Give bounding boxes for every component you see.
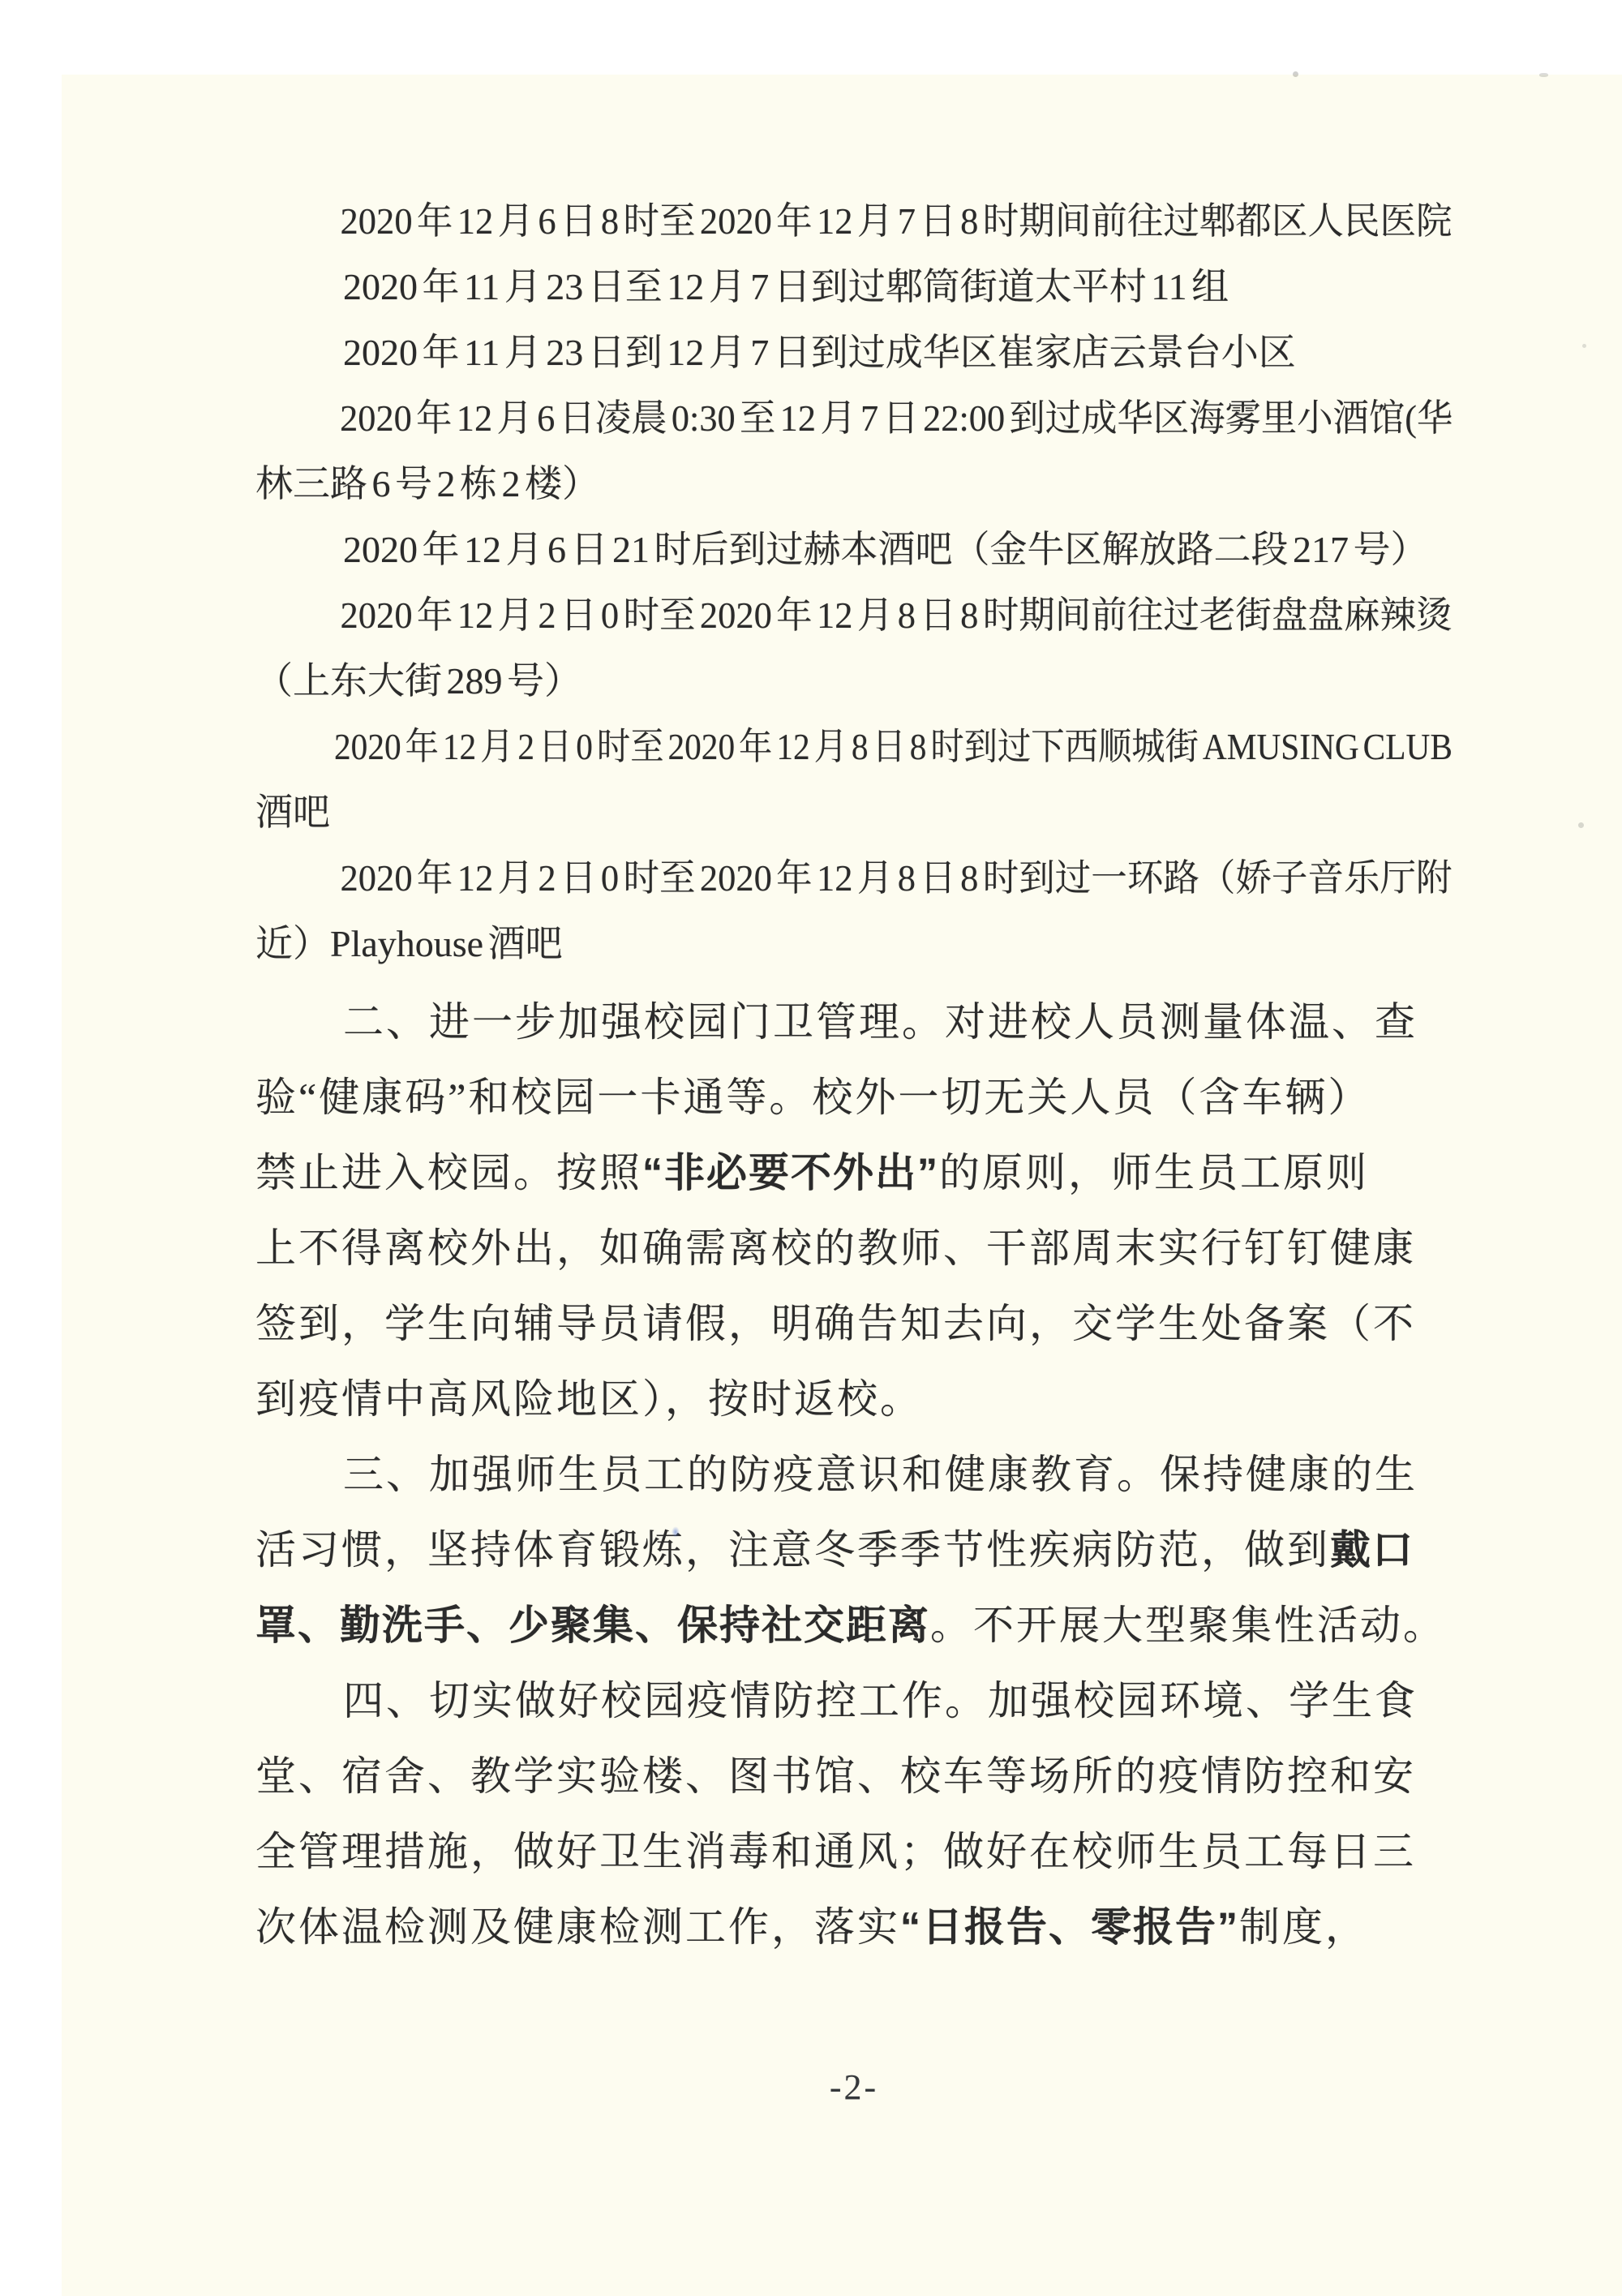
text-segment: 禁止进入校园。按照 [255,1150,642,1195]
doc-line-11: 2020 年 12 月 2 日 0 时至 2020 年 12 月 8 日 8 时… [255,845,1414,911]
doc-line-25: 次体温检测及健康检测工作，落实“日报告、零报告”制度， [255,1890,1453,1965]
doc-line-3: 2020 年 11 月 23 日到 12 月 7 日到过成华区崔家店云景台小区 [255,320,1453,385]
doc-line-4: 2020 年 12 月 6 日凌晨 0:30 至 12 月 7 日 22:00 … [255,385,1410,451]
text-segment: 的原则，师生员工原则 [939,1150,1369,1195]
doc-line-16: 上不得离校外出，如确需离校的教师、干部周末实行钉钉健康 [255,1211,1453,1286]
doc-line-7: 2020 年 12 月 2 日 0 时至 2020 年 12 月 8 日 8 时… [255,582,1414,648]
doc-line-21: 罩、勤洗手、少聚集、保持社交距离。不开展大型聚集性活动。 [255,1588,1453,1663]
text-segment: 四、切实做好校园疫情防控工作。加强校园环境、学生食 [343,1678,1418,1723]
doc-line-1: 2020 年 12 月 6 日 8 时至 2020 年 12 月 7 日 8 时… [255,188,1414,254]
text-segment: 签到，学生向辅导员请假，明确告知去向，交学生处备案（不 [255,1301,1416,1346]
doc-line-19: 三、加强师生员工的防疫意识和健康教育。保持健康的生 [255,1437,1453,1513]
doc-line-17: 签到，学生向辅导员请假，明确告知去向，交学生处备案（不 [255,1286,1453,1362]
document-body: 2020 年 12 月 6 日 8 时至 2020 年 12 月 7 日 8 时… [255,188,1453,1965]
text-segment: 。不开展大型聚集性活动。 [930,1603,1446,1648]
scanned-document-page: { "theme": { "paper": "#fdfcf0", "ink": … [0,0,1622,2296]
bold-text-segment: “非必要不外出” [642,1150,939,1195]
text-segment: 林三路 6 号 2 栋 2 楼） [255,463,599,504]
text-segment: （上东大街 289 号） [255,660,581,702]
text-segment: 2020 年 11 月 23 日到 12 月 7 日到过成华区崔家店云景台小区 [343,332,1296,373]
doc-line-24: 全管理措施，做好卫生消毒和通风；做好在校师生员工每日三 [255,1814,1453,1890]
text-segment: 次体温检测及健康检测工作，落实 [255,1904,900,1950]
text-segment: 上不得离校外出，如确需离校的教师、干部周末实行钉钉健康 [255,1225,1416,1271]
doc-line-8: （上东大街 289 号） [255,648,1453,714]
text-segment: 二、进一步加强校园门卫管理。对进校人员测量体温、查 [343,999,1418,1045]
doc-line-2: 2020 年 11 月 23 日至 12 月 7 日到过郫筒街道太平村 11 组 [255,254,1453,320]
doc-line-13: 二、进一步加强校园门卫管理。对进校人员测量体温、查 [255,985,1453,1060]
doc-line-20: 活习惯，坚持体育锻炼，注意冬季季节性疾病防范，做到戴口 [255,1513,1453,1588]
doc-line-6: 2020 年 12 月 6 日 21 时后到过赫本酒吧（金牛区解放路二段 217… [255,517,1453,582]
doc-line-12: 近）Playhouse 酒吧 [255,911,1453,976]
text-segment: 全管理措施，做好卫生消毒和通风；做好在校师生员工每日三 [255,1829,1416,1874]
text-segment: 2020 年 12 月 2 日 0 时至 2020 年 12 月 8 日 8 时… [341,857,1453,899]
text-segment: 2020 年 12 月 2 日 0 时至 2020 年 12 月 8 日 8 时… [334,726,1453,767]
page-number: -2- [255,2066,1453,2108]
text-segment: 2020 年 12 月 2 日 0 时至 2020 年 12 月 8 日 8 时… [341,594,1453,636]
bold-text-segment: 戴口 [1330,1527,1414,1573]
doc-line-22: 四、切实做好校园疫情防控工作。加强校园环境、学生食 [255,1663,1453,1739]
text-segment: 三、加强师生员工的防疫意识和健康教育。保持健康的生 [343,1452,1418,1497]
text-segment: 活习惯，坚持体育锻炼，注意冬季季节性疾病防范，做到 [255,1527,1330,1573]
doc-line-18: 到疫情中高风险地区），按时返校。 [255,1362,1453,1437]
text-segment: 近）Playhouse 酒吧 [255,923,563,964]
doc-line-23: 堂、宿舍、教学实验楼、图书馆、校车等场所的疫情防控和安 [255,1739,1453,1814]
text-segment: 2020 年 11 月 23 日至 12 月 7 日到过郫筒街道太平村 11 组 [343,266,1229,307]
text-segment: 2020 年 12 月 6 日凌晨 0:30 至 12 月 7 日 22:00 … [340,397,1453,439]
text-segment: 2020 年 12 月 6 日 8 时至 2020 年 12 月 7 日 8 时… [341,200,1453,242]
bold-text-segment: 罩、勤洗手、少聚集、保持社交距离 [255,1603,930,1648]
text-segment: 2020 年 12 月 6 日 21 时后到过赫本酒吧（金牛区解放路二段 217… [343,529,1428,570]
text-segment: 堂、宿舍、教学实验楼、图书馆、校车等场所的疫情防控和安 [255,1753,1416,1799]
text-segment: 酒吧 [255,792,330,833]
text-segment: 制度， [1239,1904,1368,1950]
doc-line-9: 2020 年 12 月 2 日 0 时至 2020 年 12 月 8 日 8 时… [255,714,1331,779]
doc-line-5: 林三路 6 号 2 栋 2 楼） [255,451,1453,517]
text-segment: 到疫情中高风险地区），按时返校。 [255,1376,923,1422]
doc-line-10: 酒吧 [255,779,1453,845]
text-segment: 验“健康码”和校园一卡通等。校外一切无关人员（含车辆） [255,1075,1371,1120]
doc-line-14: 验“健康码”和校园一卡通等。校外一切无关人员（含车辆） [255,1060,1453,1135]
doc-line-15: 禁止进入校园。按照“非必要不外出”的原则，师生员工原则 [255,1135,1453,1211]
bold-text-segment: “日报告、零报告” [900,1904,1239,1950]
